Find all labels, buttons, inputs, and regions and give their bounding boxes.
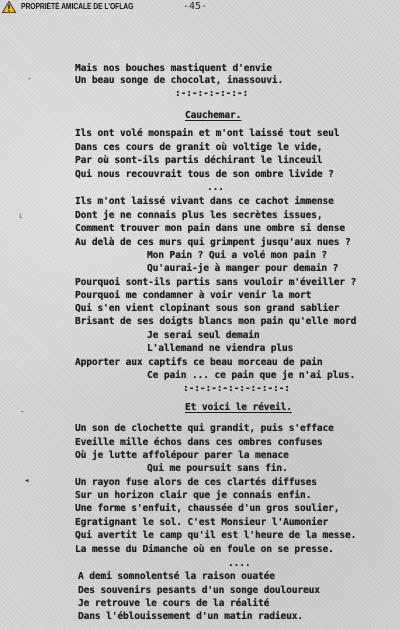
separator: :-:-:-:-:-:-: <box>175 88 248 100</box>
poem-line: A demi somnolentsé la raison ouatée <box>78 571 275 583</box>
section-title-cauchemar: Cauchemar. <box>185 110 241 122</box>
poem-line: Des souvenirs pesants d'un songe doulour… <box>78 585 320 597</box>
poem-line: Je retrouve le cours de la réalité <box>78 598 269 610</box>
poem-line: Mon Pain ? Qui a volé mon pain ? <box>147 250 327 262</box>
poem-line: Par où sont-ils partis déchirant le linc… <box>75 155 323 167</box>
margin-mark: ˪ <box>18 210 24 222</box>
poem-line: Ils ont volé monspain et m'ont laissé to… <box>75 128 339 140</box>
poem-line: Ils m'ont laissé vivant dans ce cachot i… <box>75 196 334 208</box>
poem-line: Un rayon fuse alors de ces clartés diffu… <box>75 477 317 489</box>
poem-line: Qui me poursuit sans fin. <box>147 463 288 475</box>
document-header: PROPRIÉTÉ AMICALE DE L'OFLAG -45- <box>0 0 400 14</box>
poem-line: Un son de clochette qui grandit, puis s'… <box>75 423 334 435</box>
poem-line: Egratignant le sol. C'est Monsieur l'Aum… <box>75 517 328 529</box>
poem-line: Brisant de ses doigts blancs mon pain qu… <box>75 316 356 328</box>
warning-triangle-icon <box>2 1 16 13</box>
poem-line: Pourquoi me condamner à voir venir la mo… <box>75 290 311 302</box>
poem-line: Je serai seul demain <box>147 330 260 342</box>
poem-line: Ce pain ... ce pain que je n'ai plus. <box>147 370 355 382</box>
poem-line: Sur un horizon clair que je connais enfi… <box>75 490 311 502</box>
poem-line: Qui nous recouvrait tous de son ombre li… <box>75 169 334 181</box>
margin-mark: - <box>27 74 32 83</box>
poem-line: Mais nos bouches mastiquent d'envie <box>75 63 272 75</box>
ellipsis: ... <box>207 182 224 194</box>
margin-mark: ◂ <box>24 476 29 486</box>
poem-line: Dans l'éblouissement d'un matin radieux. <box>78 611 303 623</box>
ellipsis: .... <box>228 558 251 570</box>
poem-line: Comment trouver mon pain dans une ombre … <box>75 223 345 235</box>
poem-line: Une forme s'enfuit, chaussée d'un gros s… <box>75 503 339 515</box>
poem-line: Où je lutte affolépour parer la menace <box>75 450 289 462</box>
poem-line: Dans ces cours de granit où voltige le v… <box>75 142 323 154</box>
section-title-reveil: Et voici le réveil. <box>185 402 292 414</box>
ownership-badge: PROPRIÉTÉ AMICALE DE L'OFLAG <box>21 2 133 11</box>
poem-line: Apporter aux captifs ce beau morceau de … <box>75 357 323 369</box>
separator: :-:-:-:-:-:-:-:-:-: <box>183 383 290 395</box>
poem-line: Dont je ne connais plus les secrètes iss… <box>75 210 323 222</box>
poem-line: Eveille mille échos dans ces ombres conf… <box>75 437 323 449</box>
page-number: -45- <box>183 1 207 12</box>
poem-line: Qu'aurai-je à manger pour demain ? <box>147 263 338 275</box>
poem-line: Pourquoi sont-ils partis sans vouloir m'… <box>75 277 356 289</box>
poem-line: Qui s'en vient clopinant sous son grand … <box>75 303 339 315</box>
poem-line: Qui avertit le camp qu'il est l'heure de… <box>75 530 356 542</box>
poem-line: Au delà de ces murs qui grimpent jusqu'a… <box>75 237 351 249</box>
margin-mark: - <box>20 407 25 416</box>
poem-line: Un beau songe de chocolat, inassouvi. <box>75 75 283 87</box>
poem-line: La messe du Dimanche où en foule on se p… <box>75 544 334 556</box>
poem-line: L'allemand ne viendra plus <box>147 343 293 355</box>
